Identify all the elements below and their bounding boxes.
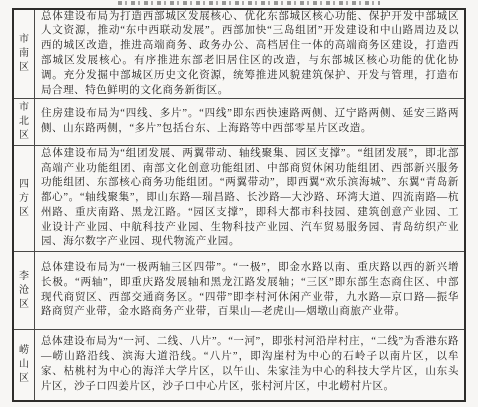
district-description-cell: 总体建设布局为“组团发展、两翼带动、轴线聚集、园区支撑”。“组团发展”，即北部高… [35, 146, 464, 251]
district-name: 市南区 [19, 33, 29, 75]
district-label-cell: 市北区 [14, 99, 35, 145]
district-description: 总体建设布局为打造西部城区发展核心、优化东部城区核心功能、保护开发中部城区人文资… [41, 10, 459, 98]
district-name: 崂山区 [19, 344, 29, 386]
district-description: 总体建设布局为“组团发展、两翼带动、轴线聚集、园区支撑”。“组团发展”，即北部高… [41, 147, 459, 251]
district-label-cell: 四方区 [14, 146, 35, 251]
district-description: 总体建设布局为“一河、二线、八片”。“一河”，即张村河沿岸村庄，“二线”为香港东… [41, 335, 459, 394]
district-description-cell: 总体建设布局为打造西部城区发展核心、优化东部城区核心功能、保护开发中部城区人文资… [35, 10, 464, 98]
table-row: 市南区 总体建设布局为打造西部城区发展核心、优化东部城区核心功能、保护开发中部城… [14, 10, 464, 99]
district-description-cell: 总体建设布局为“一河、二线、八片”。“一河”，即张村河沿岸村庄，“二线”为香港东… [35, 330, 464, 400]
table-row: 李沧区 总体建设布局为“一极两轴三区四带”。“一极”，即金水路以南、重庆路以西的… [14, 252, 464, 330]
cropped-table-title-remnant [118, 1, 380, 5]
district-name: 四方区 [19, 178, 29, 220]
district-description-cell: 住房建设布局为“四线、多片”。“四线”即东西快速路两侧、辽宁路两侧、延安三路两侧… [35, 99, 464, 145]
district-name: 李沧区 [19, 270, 29, 312]
district-label-cell: 李沧区 [14, 252, 35, 329]
district-planning-table: 市南区 总体建设布局为打造西部城区发展核心、优化东部城区核心功能、保护开发中部城… [12, 8, 466, 402]
table-row: 四方区 总体建设布局为“组团发展、两翼带动、轴线聚集、园区支撑”。“组团发展”，… [14, 146, 464, 252]
table-row: 市北区 住房建设布局为“四线、多片”。“四线”即东西快速路两侧、辽宁路两侧、延安… [14, 99, 464, 146]
table-row: 崂山区 总体建设布局为“一河、二线、八片”。“一河”，即张村河沿岸村庄，“二线”… [14, 330, 464, 400]
district-description-cell: 总体建设布局为“一极两轴三区四带”。“一极”，即金水路以南、重庆路以西的新兴增长… [35, 252, 464, 329]
district-description: 总体建设布局为“一极两轴三区四带”。“一极”，即金水路以南、重庆路以西的新兴增长… [41, 261, 459, 320]
district-label-cell: 市南区 [14, 10, 35, 98]
district-label-cell: 崂山区 [14, 330, 35, 400]
district-description: 住房建设布局为“四线、多片”。“四线”即东西快速路两侧、辽宁路两侧、延安三路两侧… [41, 107, 459, 137]
district-name: 市北区 [19, 101, 29, 143]
